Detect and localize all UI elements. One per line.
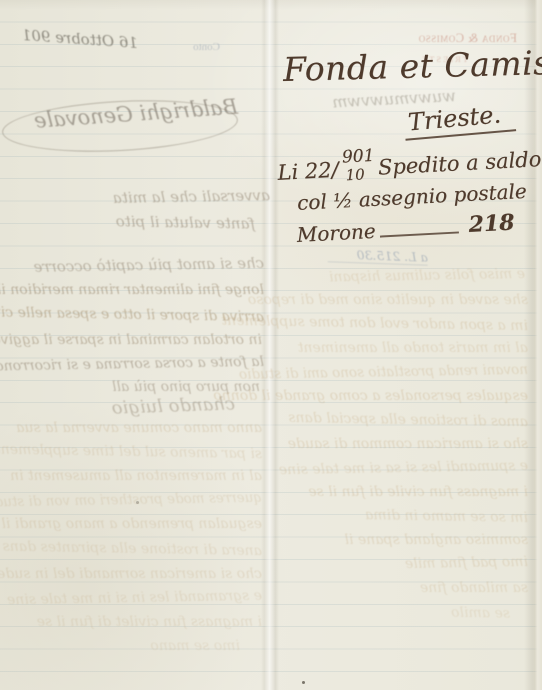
center-fold-crease (261, 0, 279, 690)
note-date-fraction: 90110 (338, 157, 372, 182)
bleed-script-line: avversali che la mita (70, 186, 270, 207)
bleed-faint-line: novani renda prostlatio sono ami di stud… (282, 362, 528, 382)
bleed-amount-note: a L. 215.30 (328, 246, 428, 265)
bleed-script-line: longe fini alimentar riman meridion il m… (12, 282, 264, 298)
bleed-faint-line: querres mode prostheri om von di studio … (6, 490, 262, 510)
bleed-faint-line: anera di rostione ella spirantes dans (18, 539, 262, 559)
bleed-faint-line: esgualan premendo a mano grandi il abrin… (10, 516, 262, 532)
bleed-script-line: la fonte a corsa sorrana e si ricorrono (16, 354, 264, 374)
ink-speck (136, 501, 139, 504)
bleed-conto-label: Conto (168, 41, 220, 53)
bleed-faint-line: imo pad fina mile (292, 554, 528, 574)
bleed-faint-line: al in marementon all amusement in (20, 468, 262, 484)
bleed-signature: Baldrighi Genovale (25, 95, 238, 134)
bleed-faint-line: im a spon andor evol don tome supplement (286, 314, 528, 334)
note-shipment-text: Spedito a saldo (377, 147, 542, 180)
bleed-script-line: che si amot più capitò occorre (28, 254, 264, 276)
bleed-faint-line: esquales personales a como grande il don… (280, 388, 528, 404)
bleed-script-line: non puro pino più all (60, 379, 260, 395)
bleed-script-line: arriva di spore il otto e spesa nelle ci… (8, 305, 264, 325)
bleed-faint-line: she saved in quelito sino med di reposo (284, 292, 528, 308)
bleed-script-line: fante valuta il pito (55, 211, 255, 232)
bleed-faint-line: e spumandi les si sa si me tale sine (284, 458, 528, 478)
bleed-faint-line: e miso folis culimus hispani (300, 266, 525, 286)
bleed-faint-line: anno mano comune avverna la sua (14, 420, 262, 436)
bleed-faint-line: i magnass fun civilet di fun il se (16, 614, 262, 630)
bleed-faint-line: i magnass fun civile di fun il se (290, 484, 528, 500)
note-recipient-name: Morone (296, 219, 376, 247)
paper: 16 Ottobre 901 Conto Fonda & Comisso TRI… (0, 0, 542, 690)
note-recipient-line: Morone 218 (296, 210, 515, 247)
bleed-faint-line: im so se mamo in dima (298, 506, 528, 526)
handwriting-city: Trieste. (403, 99, 517, 141)
bleed-faint-line: al im maris tondo all ameniment (292, 340, 528, 356)
ink-speck (302, 681, 305, 684)
bleed-faint-line: e sgramandi les in si in me tale sine (8, 588, 262, 608)
handwriting-note-block: Li 22/90110Spedito a saldo col ½ assegni… (277, 147, 541, 247)
bleed-faint-line: amos di rostione ella special dans (288, 410, 528, 430)
pen-dash (380, 230, 459, 237)
bleed-faint-line: imo se mano (60, 638, 240, 654)
note-date-year: 901 (342, 150, 375, 164)
page-right-edge (524, 0, 542, 690)
bleed-faint-line: cho si american sormandi del in sude (12, 566, 262, 582)
bleed-faint-line: sommiso angland spane il (286, 532, 528, 548)
handwriting-company: Fonda et Camisso (283, 42, 542, 89)
bleed-faint-line: si par ameno sul del time supplement (8, 442, 262, 462)
note-date-prefix: Li 22/ (277, 158, 339, 185)
bleed-script-line: chando luigio (85, 393, 236, 419)
bleed-oval-stamp (1, 95, 239, 157)
note-amount: 218 (468, 210, 515, 238)
bleed-faint-line: sho si american common di saude (294, 436, 528, 452)
bleed-faint-line: sa milando fine (300, 580, 528, 596)
bleed-top-date: 16 Ottobre 901 (20, 26, 139, 52)
note-date-line: Li 22/90110Spedito a saldo (277, 147, 538, 185)
note-date-month: 10 (339, 169, 372, 181)
bleed-faint-line: se amilo (310, 602, 510, 621)
bleed-script-line: in ortolan carminal in sparse il aggivoz… (10, 332, 262, 348)
